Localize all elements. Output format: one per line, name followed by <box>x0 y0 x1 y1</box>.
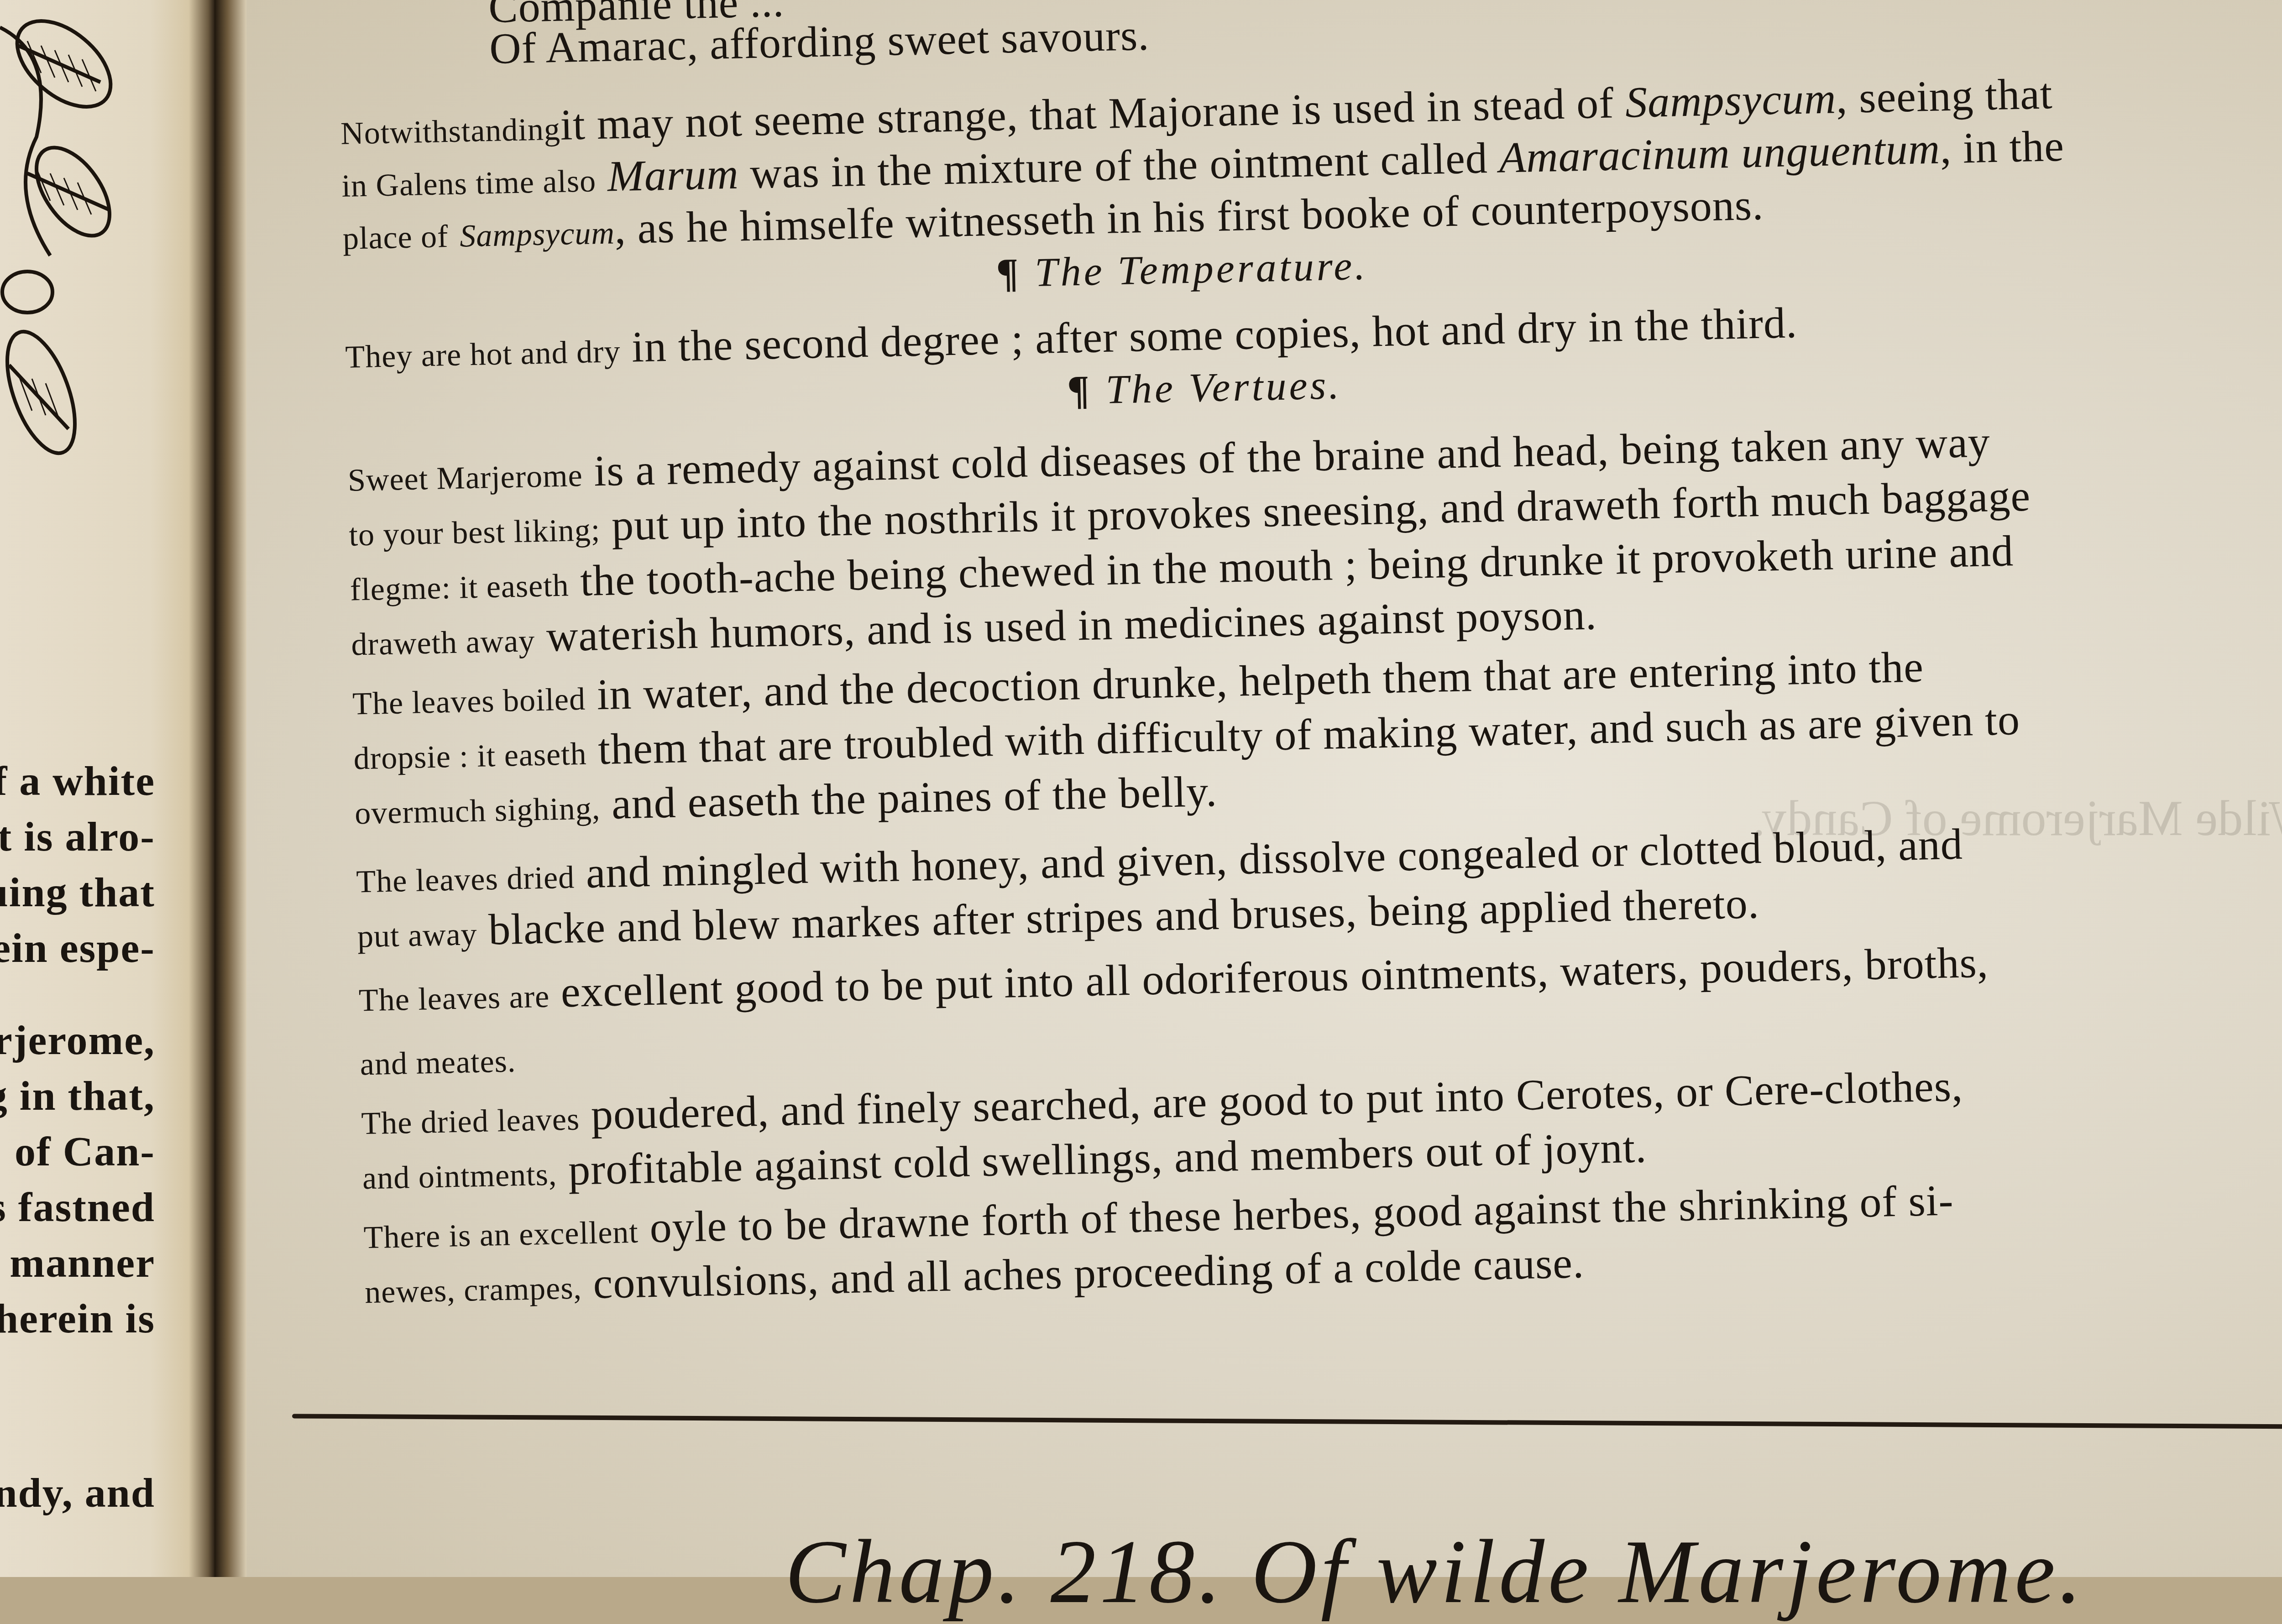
left-text-line: nt is alro- <box>0 809 155 864</box>
left-page: f a white nt is alro- uing that rein esp… <box>0 0 215 1577</box>
left-text-line: s fastned <box>0 1179 155 1235</box>
section-divider-rule <box>292 1414 2282 1429</box>
left-text-line: f a white <box>0 753 155 809</box>
left-text-line: g in that, <box>0 1068 155 1123</box>
next-chapter-heading: Chap. 218. Of wilde Marjerome. <box>785 1520 2085 1577</box>
left-text-line: ndy, and <box>0 1465 155 1520</box>
right-page: Wilde Marjerome of Candy. Companie the .… <box>246 0 2282 1577</box>
left-text-line: of Can- <box>0 1123 155 1179</box>
book-spread: f a white nt is alro- uing that rein esp… <box>0 0 2282 1577</box>
left-page-text-column: f a white nt is alro- uing that rein esp… <box>0 753 155 1520</box>
vertues-heading: ¶The Vertues. <box>1067 361 1342 414</box>
left-text-line: herein is <box>0 1290 155 1346</box>
woodcut-plant-illustration-icon <box>0 0 137 456</box>
left-text-line: rein espe- <box>0 920 155 976</box>
left-text-line: e manner <box>0 1235 155 1290</box>
temperature-heading: ¶The Temperature. <box>996 242 1368 297</box>
left-text-line: rjerome, <box>0 1012 155 1068</box>
pilcrow-icon: ¶ <box>996 251 1022 296</box>
vertue-line: and meates. <box>360 1031 517 1085</box>
book-gutter <box>215 0 246 1577</box>
pilcrow-icon: ¶ <box>1067 367 1093 413</box>
temperature-text: They are hot and dry in the second degre… <box>345 297 1798 378</box>
left-text-line: uing that <box>0 864 155 920</box>
